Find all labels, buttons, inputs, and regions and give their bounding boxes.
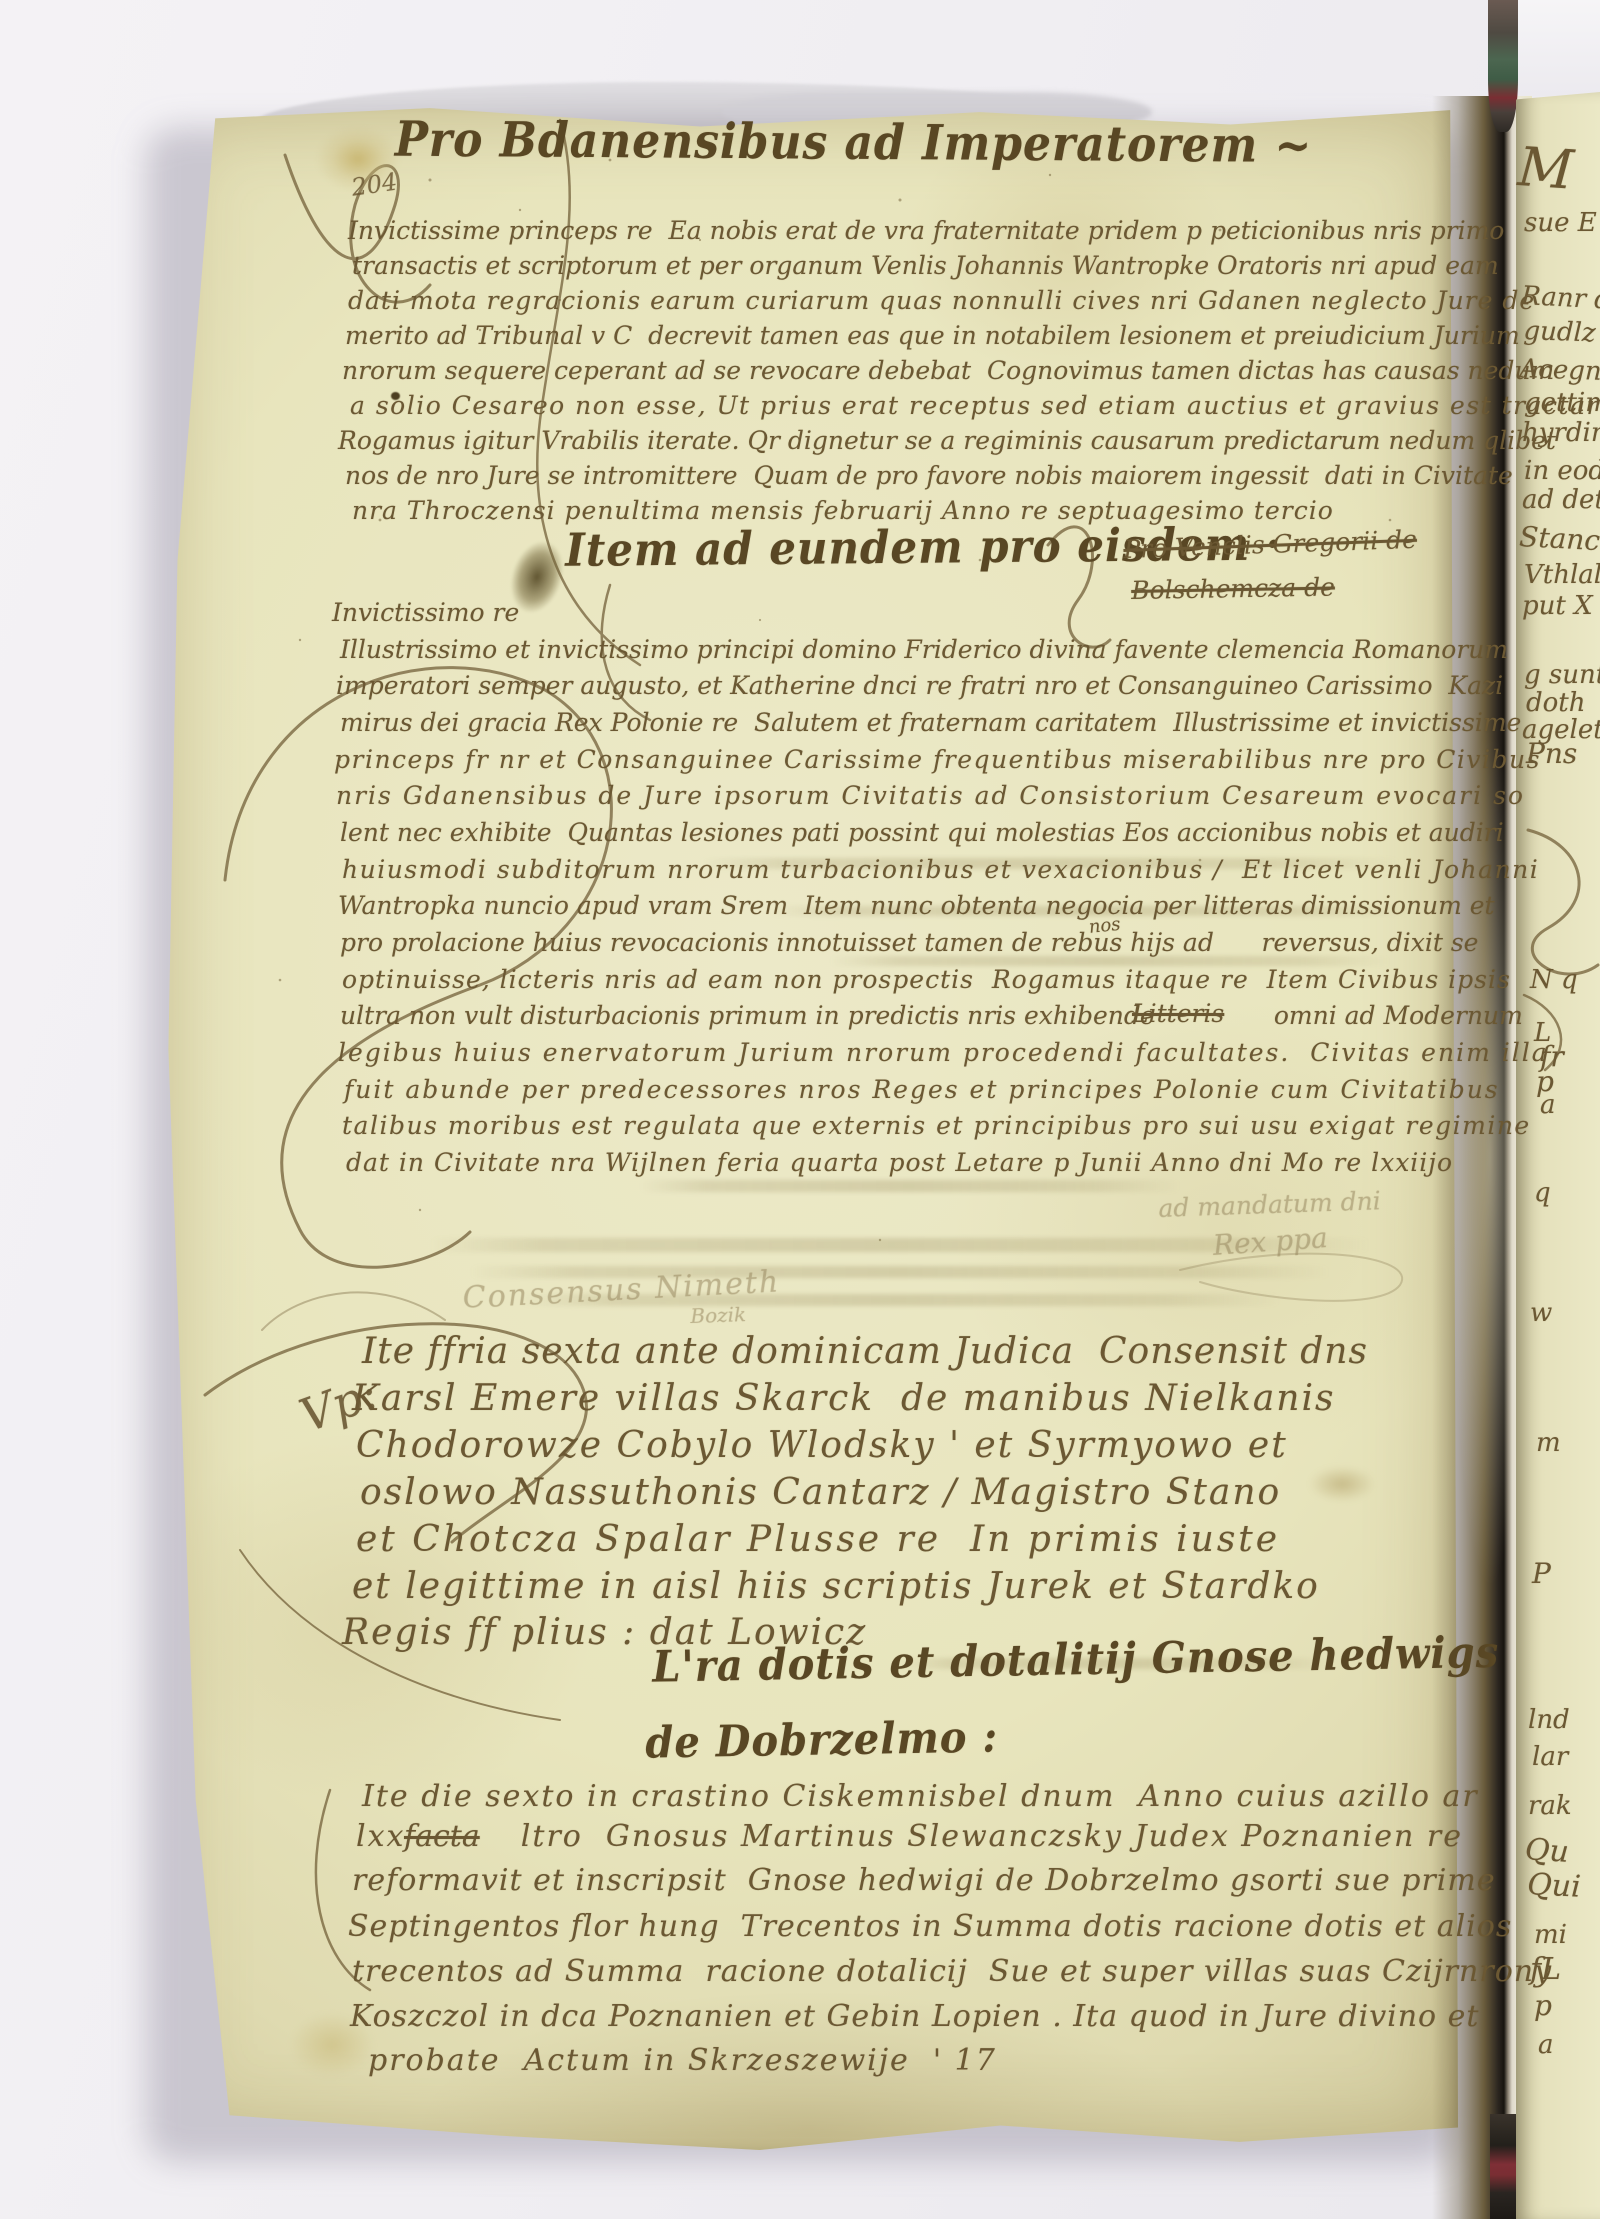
struck-word: facta [404, 1822, 480, 1852]
next-page-fragment: N q [1530, 967, 1578, 993]
body-line: oslowo Nassuthonis Cantarz / Magistro St… [360, 1475, 1281, 1511]
body-line: Karsl Emere villas Skarck de manibus Nie… [352, 1381, 1335, 1417]
next-page-fragment: Qui [1526, 1870, 1581, 1903]
next-page-fragment: gettim [1524, 390, 1600, 416]
next-page-fragment: Acegno [1519, 356, 1600, 385]
body-line: optinuisse, licteris nris ad eam non pro… [342, 967, 1511, 992]
folio-number: 204 [350, 170, 399, 200]
next-page-fragment: P [1532, 1560, 1551, 1588]
next-page-fragment: m [1536, 1430, 1561, 1456]
body-line: fuit abunde per predecessores nros Reges… [344, 1077, 1500, 1102]
body-line: Septingentos flor hung Trecentos in Summ… [348, 1912, 1512, 1942]
struck-note: Bolschemcza de [1131, 574, 1335, 603]
next-page-fragment: doth [1526, 690, 1586, 716]
body-line: Rogamus igitur Vrabilis iterate. Qr dign… [338, 428, 1556, 453]
body-line: pro prolacione huius revocacionis innotu… [340, 930, 1478, 955]
next-page-fragment: g sunt [1524, 662, 1600, 688]
body-line: Ite die sexto in crastino Ciskemnisbel d… [362, 1782, 1479, 1812]
next-page-fragment: lnd [1528, 1707, 1570, 1733]
struck-word: Litteris [1132, 1001, 1224, 1026]
next-page-fragment: fL [1530, 1955, 1561, 1985]
body-line: Koszczol in dca Poznanien et Gebin Lopie… [350, 2002, 1479, 2032]
next-page-fragment: p [1534, 1992, 1552, 2020]
body-line: legibus huius enervatorum Jurium nrorum … [338, 1040, 1549, 1065]
chancery-note: ad mandatum dni [1158, 1188, 1381, 1221]
next-page-fragment: Ranr d [1521, 283, 1600, 314]
body-line: Chodorowze Cobylo Wlodsky ' et Syrmyowo … [356, 1428, 1288, 1464]
next-page-fragment: Stanch [1519, 523, 1600, 556]
body-line: nos de nro Jure se intromittere Quam de … [345, 463, 1513, 488]
body-line: et Chotcza Spalar Plusse re In primis iu… [356, 1522, 1280, 1558]
next-page-fragment: Qu [1524, 1835, 1570, 1868]
next-page-fragment: gudlz [1523, 318, 1596, 346]
body-line: Illustrissimo et invictissimo principi d… [340, 637, 1508, 662]
next-page-fragment: put X [1522, 593, 1593, 619]
next-page-fragment: q [1534, 1180, 1551, 1206]
next-page-fragment: rak [1528, 1793, 1572, 1819]
section-heading-3: L'ra dotis et dotalitij Gnose hedwigs [652, 1631, 1499, 1689]
body-line: mirus dei gracia Rex Polonie re Salutem … [340, 710, 1521, 735]
body-line: nris Gdanensibus de Jure ipsorum Civitat… [336, 783, 1525, 808]
body-line: nrorum sequere ceperant ad se revocare d… [342, 358, 1554, 383]
body-line: huiusmodi subditorum nrorum turbacionibu… [342, 857, 1539, 882]
body-line: merito ad Tribunal v C decrevit tamen ea… [345, 323, 1520, 348]
body-line: Wantropka nuncio apud vram Srem Item nun… [338, 893, 1495, 918]
section-heading-3: de Dobrzelmo : [645, 1716, 999, 1765]
body-line: trecentos ad Summa racione dotalicij Sue… [352, 1957, 1552, 1987]
body-line: imperatori semper augusto, et Katherine … [336, 673, 1503, 698]
body-line: reformavit et inscripsit Gnose hedwigi d… [352, 1866, 1496, 1896]
next-page-fragment: Vthlal [1524, 562, 1600, 588]
next-page-fragment: a [1540, 1092, 1556, 1118]
body-line: ultra non vult disturbacionis primum in … [340, 1003, 1523, 1028]
body-line: Invictissime princeps re Ea nobis erat d… [348, 218, 1504, 243]
body-line: dati mota regracionis earum curiarum qua… [348, 288, 1535, 313]
interlinear-insertion: nos [1088, 916, 1121, 937]
next-page-fragment: ad det [1522, 487, 1600, 513]
next-page-fragment: mi [1534, 1922, 1567, 1948]
photo-backdrop: 204Pro Bdanensibus ad Imperatorem ~Invic… [0, 0, 1600, 2219]
body-line: dat in Civitate nra Wijlnen feria quarta… [346, 1150, 1453, 1175]
body-line: princeps fr nr et Consanguinee Carissime… [334, 747, 1541, 772]
body-line: a solio Cesareo non esse, Ut prius erat … [350, 393, 1600, 418]
next-page-fragment: lar [1532, 1744, 1568, 1770]
marginal-heading: Bozik [690, 1304, 746, 1326]
next-page-fragment: M [1516, 140, 1575, 198]
body-line: probate Actum in Skrzeszewije ' 17 [368, 2046, 997, 2076]
body-line: talibus moribus est regulata que externi… [342, 1113, 1531, 1138]
next-page-fragment: hyrdin [1522, 420, 1600, 446]
next-page-fragment: Pns [1526, 740, 1577, 768]
body-line: Invictissimo re [332, 600, 519, 625]
section-heading-1: Pro Bdanensibus ad Imperatorem ~ [395, 116, 1313, 171]
body-line: lent nec exhibite Quantas lesiones pati … [340, 820, 1504, 845]
body-line: transactis et scriptorum et per organum … [352, 253, 1499, 278]
next-page-fragment: w [1530, 1300, 1552, 1326]
chancery-note: Rex ppa [1212, 1224, 1329, 1260]
next-page-fragment: in eod [1524, 458, 1600, 484]
body-line: et legittime in aisl hiis scriptis Jurek… [352, 1569, 1320, 1605]
body-line: Ite ffria sexta ante dominicam Judica Co… [362, 1334, 1368, 1370]
manuscript-photograph: { "colors": { "backdrop": "#f0eef2", "pa… [0, 0, 1600, 2219]
handwriting-layer: 204Pro Bdanensibus ad Imperatorem ~Invic… [0, 0, 1600, 2219]
next-page-fragment: a [1538, 2032, 1554, 2058]
body-line: lxx ltro Gnosus Martinus Slewanczsky Jud… [356, 1822, 1463, 1852]
next-page-fragment: sue E [1524, 210, 1597, 236]
